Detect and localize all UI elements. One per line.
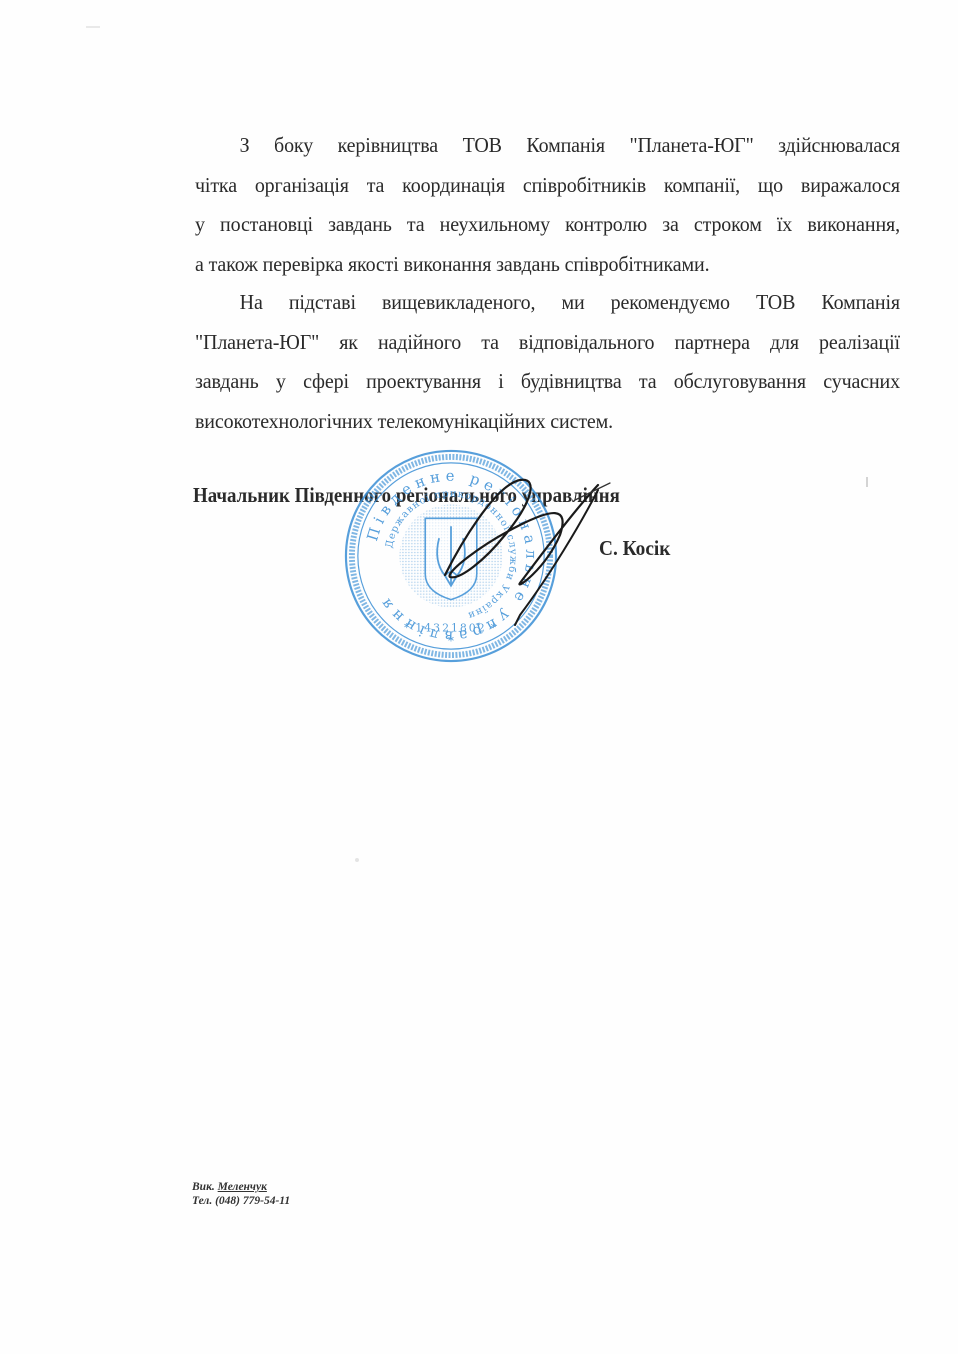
scan-artifact — [86, 26, 100, 28]
phone-number: (048) 779-54-11 — [215, 1195, 290, 1207]
phone-line: Тел. (048) 779-54-11 — [192, 1194, 290, 1208]
signatory-name: С. Косік — [599, 536, 670, 561]
svg-text:*14321802*: *14321802* — [404, 621, 498, 634]
paragraph-line: а також перевірка якості виконання завда… — [195, 245, 900, 285]
paragraph-line: у постановці завдань та неухильному конт… — [195, 205, 900, 245]
executor-name: Меленчук — [218, 1181, 267, 1193]
scan-artifact — [866, 477, 868, 487]
executor-label: Вик. — [192, 1181, 215, 1193]
scan-artifact — [355, 858, 359, 862]
paragraph-line: З боку керівництва ТОВ Компанія "Планета… — [195, 126, 900, 166]
paragraph-recommendation: На підставі вищевикладеного, ми рекоменд… — [195, 283, 900, 441]
paragraph-line: високотехнологічних телекомунікаційних с… — [195, 402, 900, 442]
paragraph-line: чітка організація та координація співроб… — [195, 166, 900, 206]
paragraph-line: завдань у сфері проектування і будівницт… — [195, 362, 900, 402]
executor-contact-note: Вик. Меленчук Тел. (048) 779-54-11 — [192, 1180, 290, 1208]
signatory-position-title: Начальник Південного регіонального управ… — [193, 483, 620, 508]
paragraph-management-coordination: З боку керівництва ТОВ Компанія "Планета… — [195, 126, 900, 284]
svg-text:Державної прикордонної служби: Державної прикордонної служби України — [384, 488, 519, 621]
paragraph-line: На підставі вищевикладеного, ми рекоменд… — [195, 283, 900, 323]
phone-label: Тел. — [192, 1195, 212, 1207]
svg-text:*: * — [448, 634, 454, 648]
executor-line: Вик. Меленчук — [192, 1180, 290, 1194]
paragraph-line: "Планета-ЮГ" як надійного та відповідаль… — [195, 323, 900, 363]
official-stamp-icon: Південне регіональне управління Державно… — [342, 447, 560, 665]
document-page: З боку керівництва ТОВ Компанія "Планета… — [0, 0, 958, 1354]
